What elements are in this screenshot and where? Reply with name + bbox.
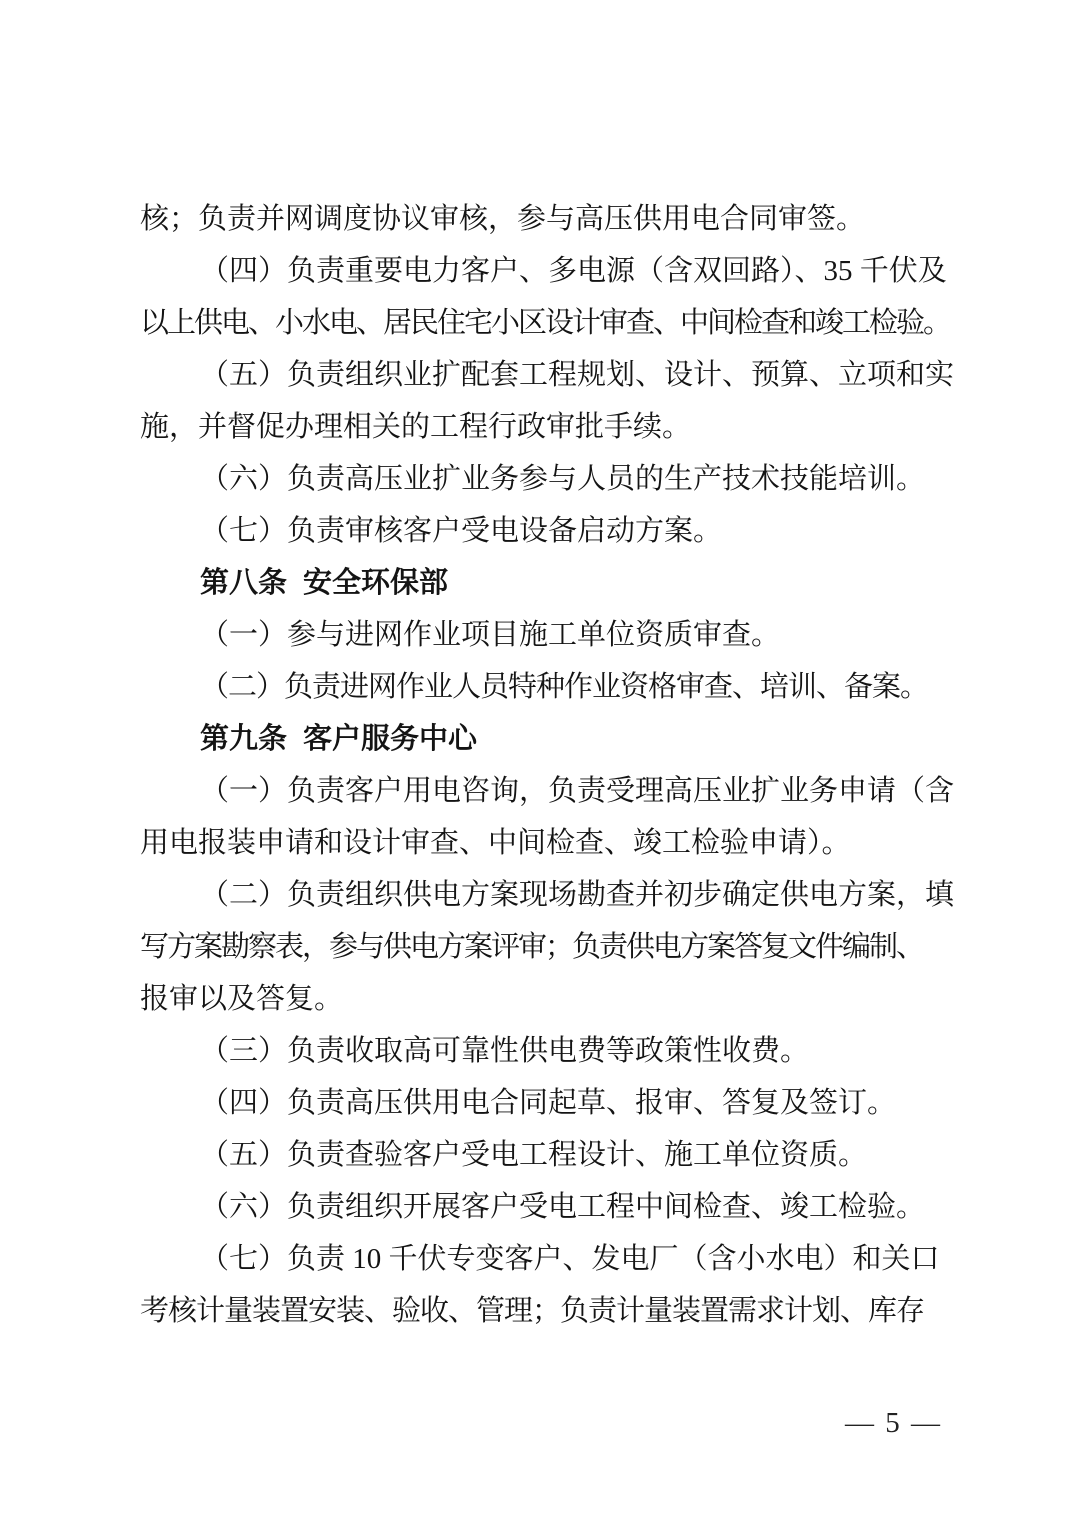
- text-line: （五）负责组织业扩配套工程规划、设计、预算、立项和实: [140, 349, 946, 401]
- text-line: 报审以及答复。: [140, 973, 946, 1025]
- text-line: 核；负责并网调度协议审核，参与高压供用电合同审签。: [140, 193, 946, 245]
- text-line: （一）参与进网作业项目施工单位资质审查。: [140, 609, 946, 661]
- text-line: 用电报装申请和设计审查、中间检查、竣工检验申请）。: [140, 817, 946, 869]
- text-line: （六）负责组织开展客户受电工程中间检查、竣工检验。: [140, 1181, 946, 1233]
- text-line: 以上供电、小水电、居民住宅小区设计审查、中间检查和竣工检验。: [140, 297, 946, 349]
- article-number: 第九条: [200, 723, 287, 755]
- article-title: 安全环保部: [303, 567, 448, 599]
- text-line: （二）负责进网作业人员特种作业资格审查、培训、备案。: [140, 661, 946, 713]
- text-line: （七）负责 10 千伏专变客户、发电厂（含小水电）和关口: [140, 1233, 946, 1285]
- text-line: （一）负责客户用电咨询，负责受理高压业扩业务申请（含: [140, 765, 946, 817]
- article-heading: 第九条客户服务中心: [140, 713, 946, 765]
- text-line: （六）负责高压业扩业务参与人员的生产技术技能培训。: [140, 453, 946, 505]
- page-number: — 5 —: [845, 1406, 942, 1440]
- text-line: （五）负责查验客户受电工程设计、施工单位资质。: [140, 1129, 946, 1181]
- text-line: （三）负责收取高可靠性供电费等政策性收费。: [140, 1025, 946, 1077]
- text-line: 写方案勘察表，参与供电方案评审；负责供电方案答复文件编制、: [140, 921, 946, 973]
- article-title: 客户服务中心: [303, 723, 477, 755]
- text-line: （七）负责审核客户受电设备启动方案。: [140, 505, 946, 557]
- article-number: 第八条: [200, 567, 287, 599]
- text-line: 施，并督促办理相关的工程行政审批手续。: [140, 401, 946, 453]
- text-line: （四）负责高压供用电合同起草、报审、答复及签订。: [140, 1077, 946, 1129]
- document-page: 核；负责并网调度协议审核，参与高压供用电合同审签。（四）负责重要电力客户、多电源…: [0, 0, 1074, 1520]
- text-line: （四）负责重要电力客户、多电源（含双回路）、35 千伏及: [140, 245, 946, 297]
- document-body: 核；负责并网调度协议审核，参与高压供用电合同审签。（四）负责重要电力客户、多电源…: [140, 193, 946, 1337]
- text-line: 考核计量装置安装、验收、管理；负责计量装置需求计划、库存: [140, 1285, 946, 1337]
- text-line: （二）负责组织供电方案现场勘查并初步确定供电方案，填: [140, 869, 946, 921]
- article-heading: 第八条安全环保部: [140, 557, 946, 609]
